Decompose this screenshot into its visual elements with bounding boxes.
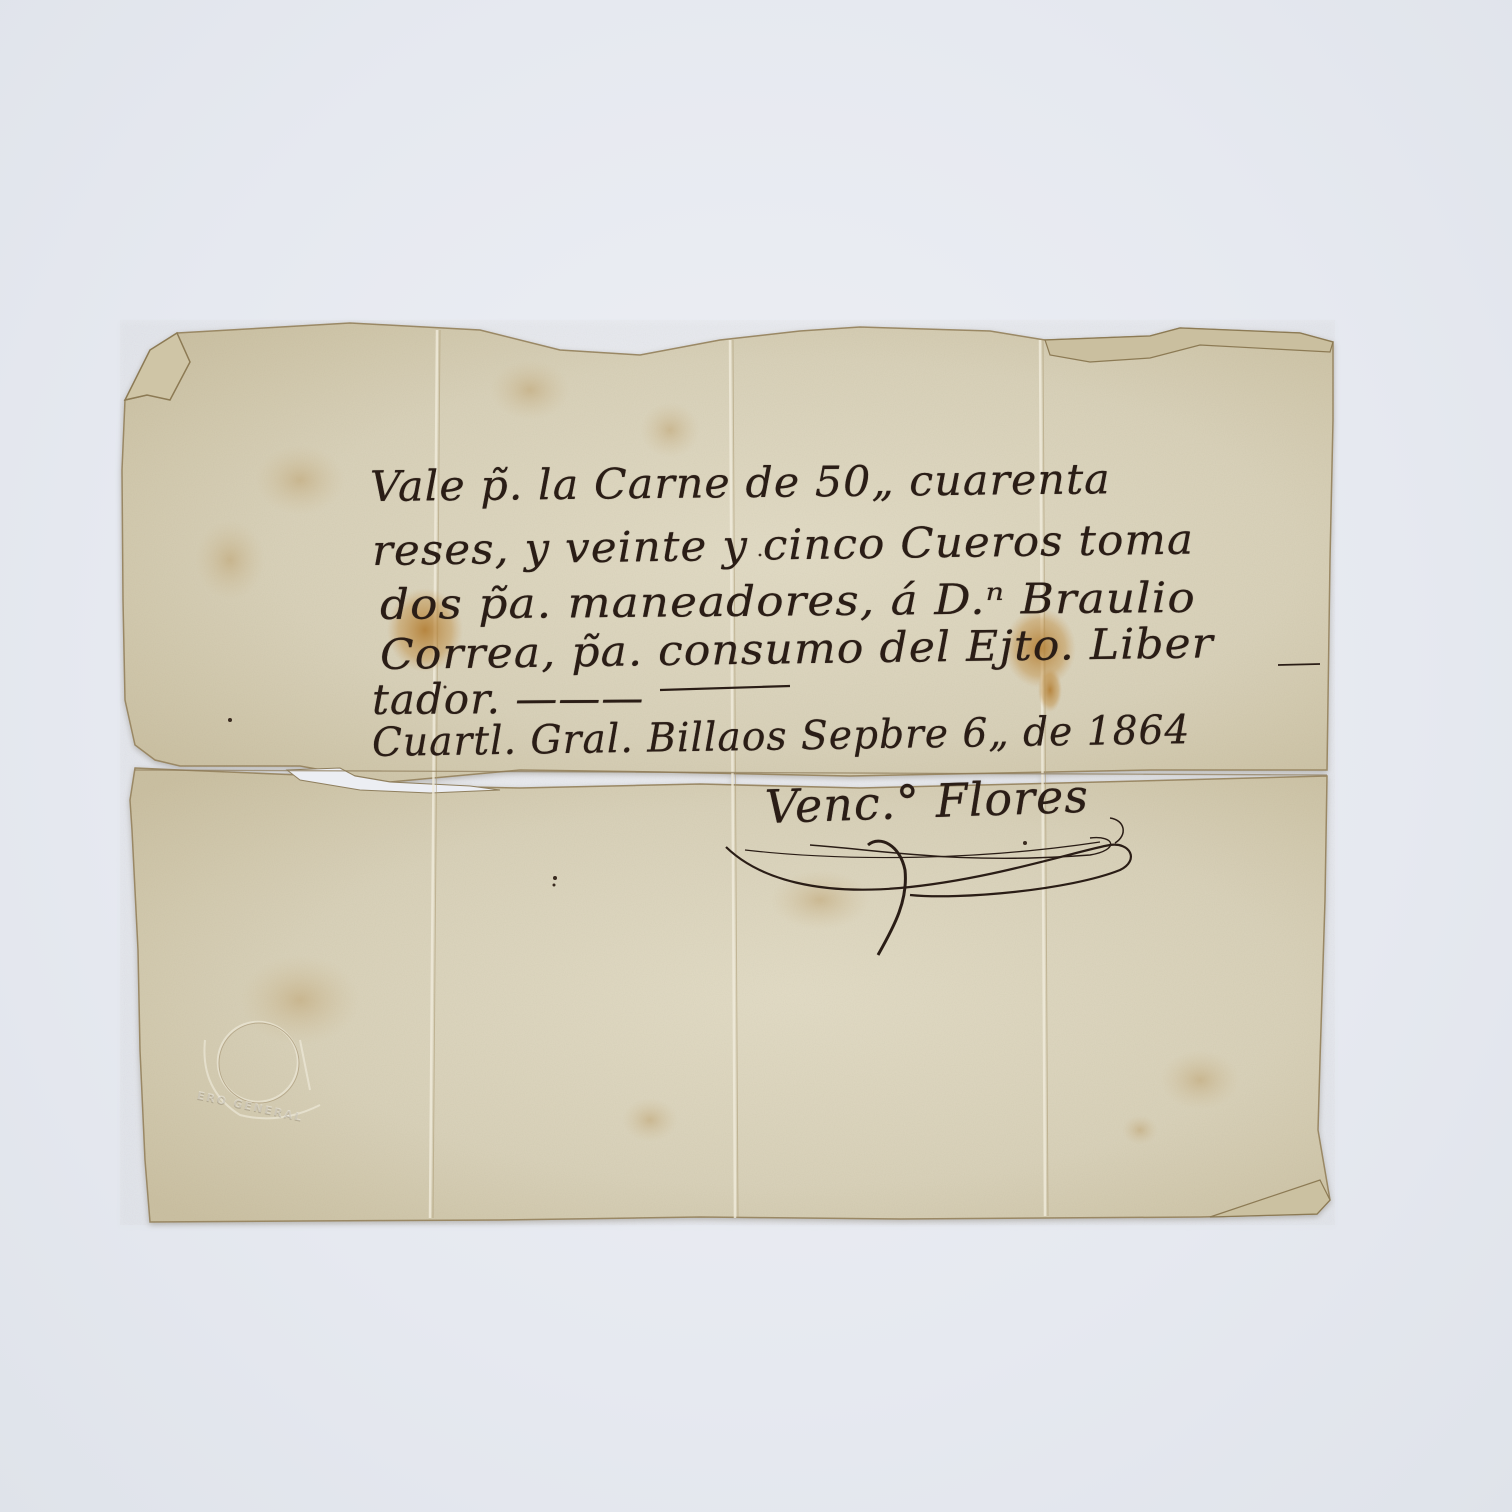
document-sheet: Vale p̃. la Carne de 50„ cuarenta reses,… bbox=[0, 0, 1512, 1512]
rust-stain bbox=[387, 588, 463, 672]
rust-stain bbox=[1004, 608, 1076, 688]
paper-shape bbox=[0, 0, 1512, 1512]
